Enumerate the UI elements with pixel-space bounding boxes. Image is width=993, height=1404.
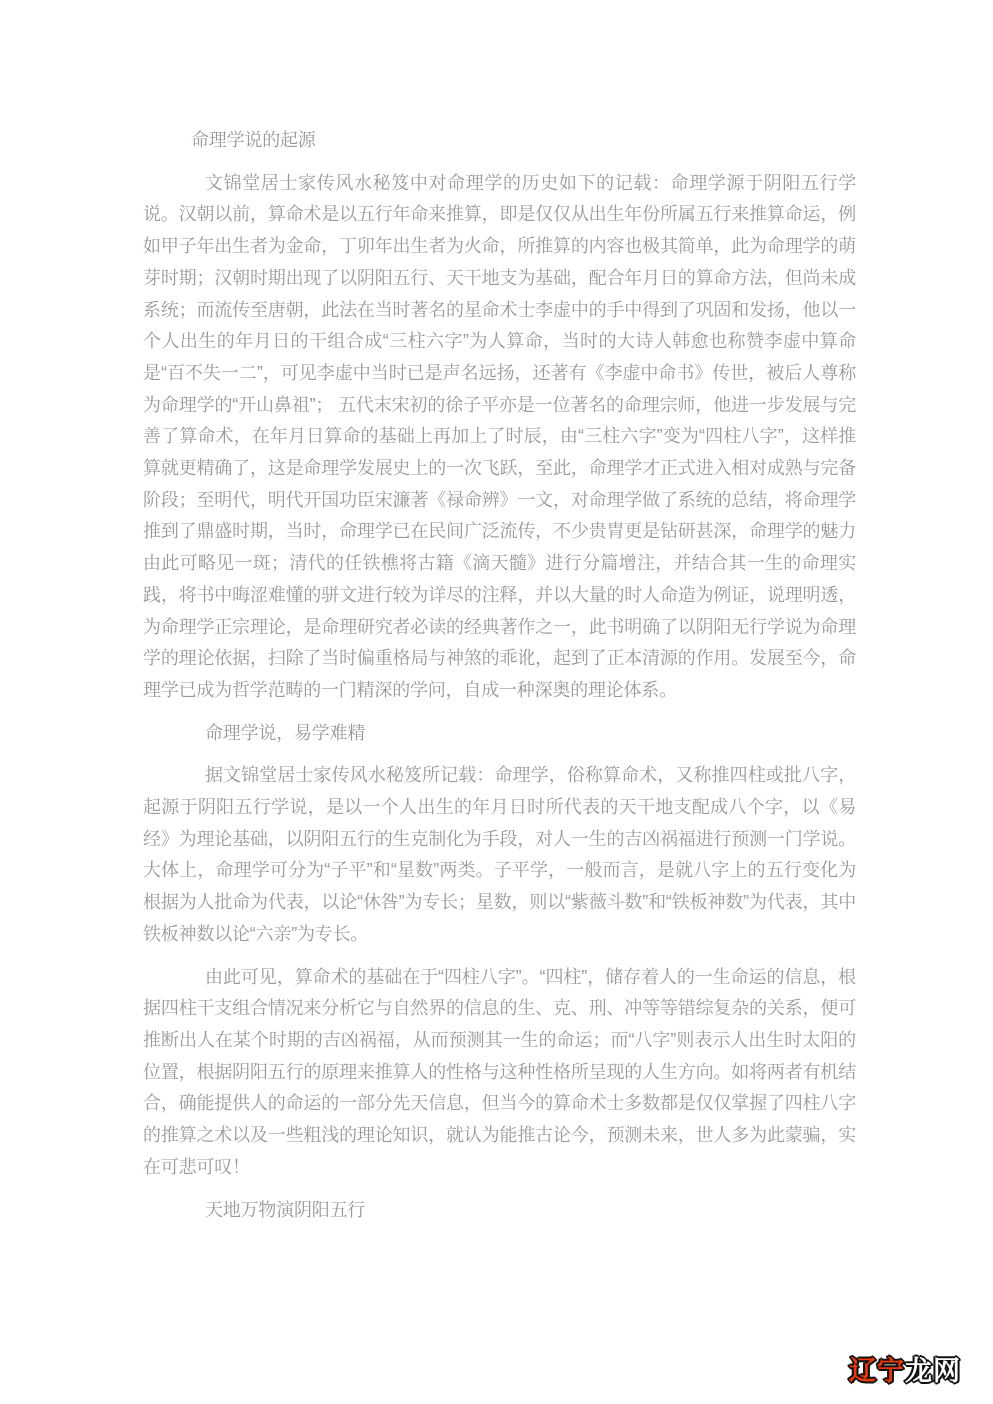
site-watermark: 辽宁龙网 xyxy=(849,1349,961,1388)
paragraph-definition: 据文锦堂居士家传风水秘笈所记载：命理学，俗称算命术，又称推四柱或批八字，起源于阴… xyxy=(143,760,856,950)
document-page: 命理学说的起源 文锦堂居士家传风水秘笈中对命理学的历史如下的记载：命理学源于阴阳… xyxy=(0,0,993,1404)
article-body: 命理学说的起源 文锦堂居士家传风水秘笈中对命理学的历史如下的记载：命理学源于阴阳… xyxy=(143,125,856,1237)
paragraph-origin-history: 文锦堂居士家传风水秘笈中对命理学的历史如下的记载：命理学源于阴阳五行学说。汉朝以… xyxy=(143,168,856,707)
section-heading-yinyang-wuxing: 天地万物演阴阳五行 xyxy=(143,1195,856,1227)
watermark-text-white: 龙网 xyxy=(905,1356,961,1386)
section-heading-hard-to-master: 命理学说，易学难精 xyxy=(143,718,856,750)
watermark-text-red: 辽宁 xyxy=(849,1356,905,1386)
paragraph-four-pillars: 由此可见，算命术的基础在于“四柱八字”。“四柱”，储存着人的一生命运的信息，根据… xyxy=(143,962,856,1184)
section-heading-origin: 命理学说的起源 xyxy=(143,125,856,157)
